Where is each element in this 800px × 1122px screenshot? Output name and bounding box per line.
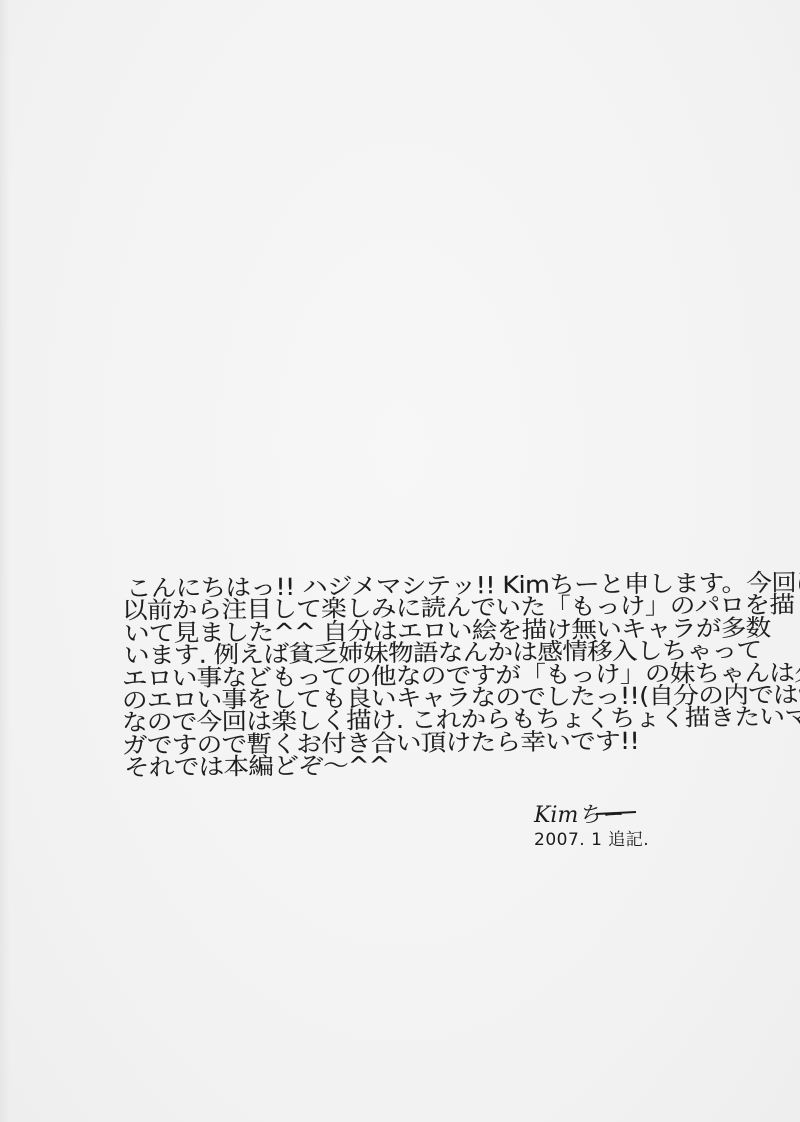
- author-signature: Kimちー: [534, 804, 652, 828]
- afterword-text-block: こんにちはっ!! ハジメマシテッ!! Kimちーと申します。今回は 以前から注目…: [122, 578, 800, 780]
- page-edge-shadow: [0, 0, 10, 1122]
- signature-block: Kimちー 2007. 1 追記.: [534, 804, 652, 850]
- postscript-date: 2007. 1 追記.: [534, 830, 652, 850]
- page: こんにちはっ!! ハジメマシテッ!! Kimちーと申します。今回は 以前から注目…: [0, 0, 800, 1122]
- afterword-line-9: それでは本編どぞ〜^^: [122, 752, 800, 779]
